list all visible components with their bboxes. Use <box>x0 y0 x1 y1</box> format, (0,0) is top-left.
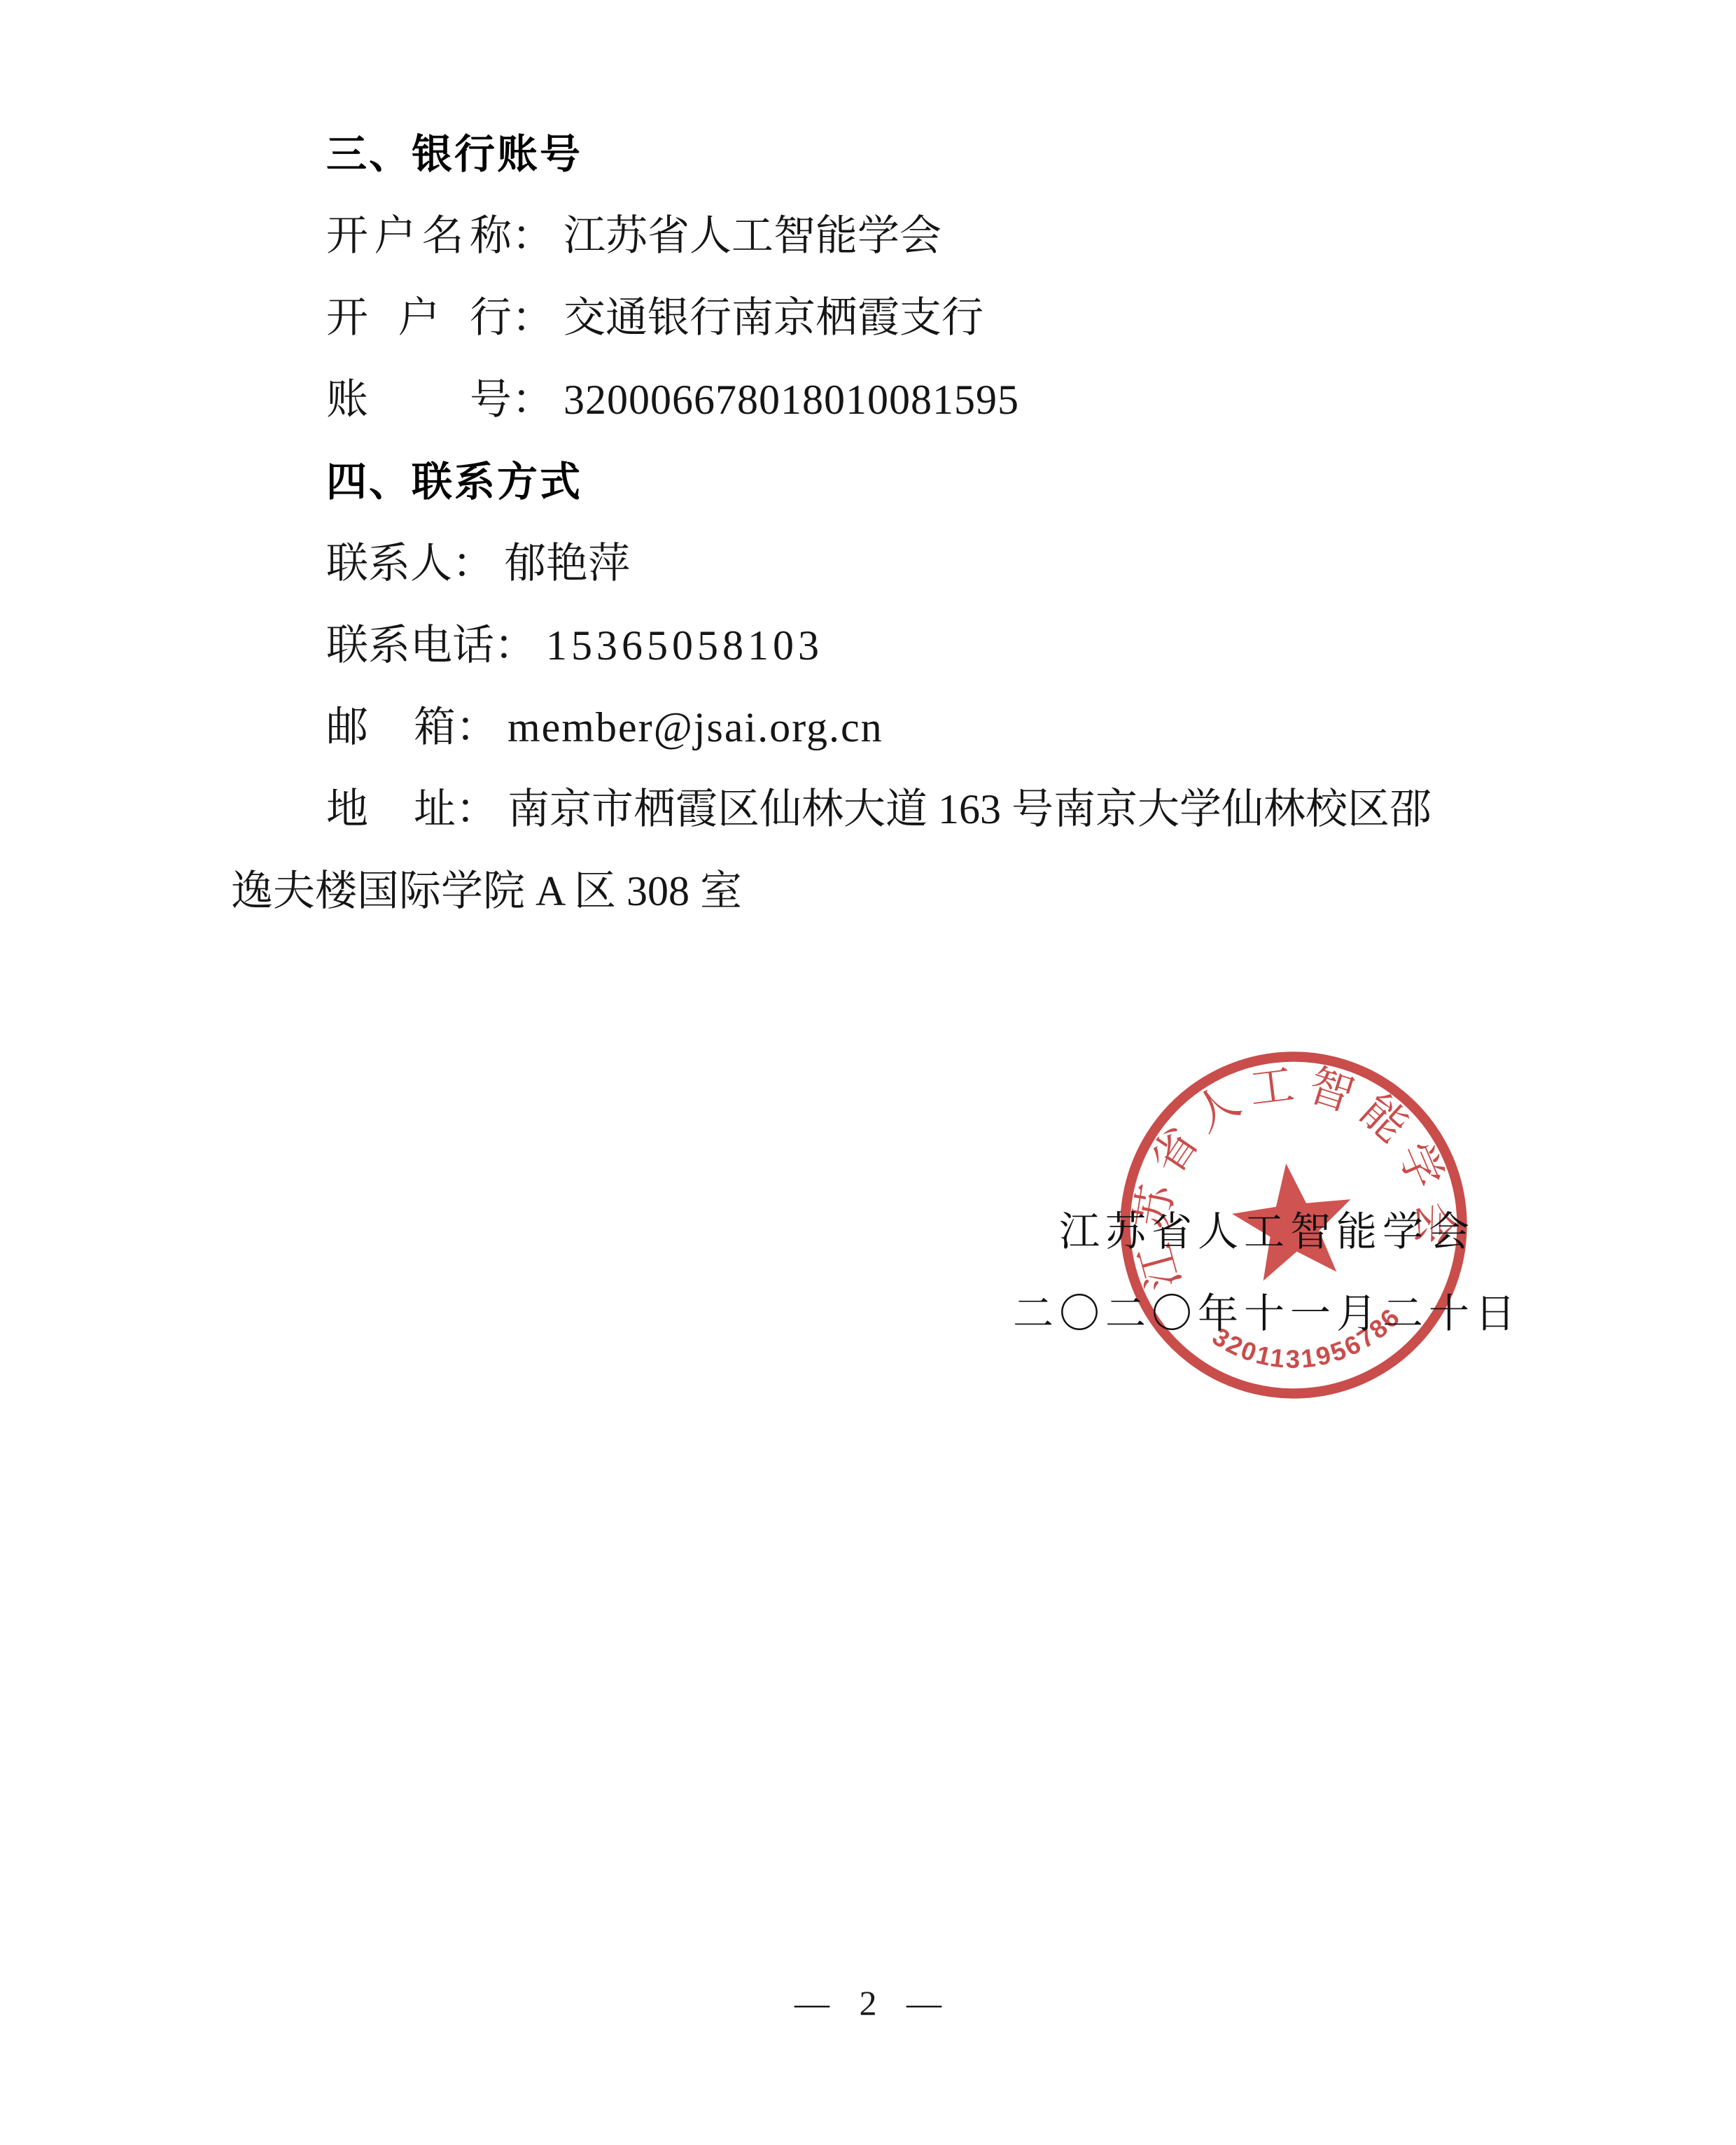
contact-row-email: 邮箱：member@jsai.org.cn <box>231 687 1512 769</box>
contact-row-address: 地址：南京市栖霞区仙林大道 163 号南京大学仙林校区邵 <box>231 769 1512 851</box>
document-body: 三、银行账号 开户名称：江苏省人工智能学会 开户行：交通银行南京栖霞支行 账号：… <box>231 113 1512 932</box>
colon: ： <box>512 277 554 359</box>
signature-organization: 江苏省人工智能学会 <box>1008 1191 1526 1273</box>
colon: ： <box>512 359 554 441</box>
contact-person-value: 郁艳萍 <box>504 540 630 587</box>
section-heading-contact: 四、联系方式 <box>231 441 1512 523</box>
bank-branch-value: 交通银行南京栖霞支行 <box>563 295 983 341</box>
page-number: — 2 — <box>0 1981 1736 2025</box>
colon: ： <box>494 605 536 687</box>
contact-row-person: 联系人：郁艳萍 <box>231 523 1512 605</box>
section-heading-bank: 三、银行账号 <box>231 113 1512 195</box>
signature-date: 二〇二〇年十一月二十日 <box>1008 1273 1526 1355</box>
colon: ： <box>456 687 498 769</box>
contact-address-value-line2: 逸夫楼国际学院 A 区 308 室 <box>231 851 1512 932</box>
contact-row-phone: 联系电话：15365058103 <box>231 605 1512 687</box>
bank-row-account-name: 开户名称：江苏省人工智能学会 <box>231 195 1512 277</box>
contact-person-label: 联系人 <box>326 523 452 605</box>
bank-row-bank-branch: 开户行：交通银行南京栖霞支行 <box>231 277 1512 359</box>
bank-row-account-number: 账号：320006678018010081595 <box>231 359 1512 441</box>
bank-account-name-value: 江苏省人工智能学会 <box>563 213 941 259</box>
colon: ： <box>456 769 498 851</box>
colon: ： <box>452 523 494 605</box>
contact-email-value: member@jsai.org.cn <box>507 704 883 750</box>
bank-account-number-value: 320006678018010081595 <box>563 377 1019 423</box>
bank-branch-label: 开户行 <box>326 277 512 359</box>
colon: ： <box>512 195 554 277</box>
bank-account-name-label: 开户名称 <box>326 195 512 277</box>
contact-phone-value: 15365058103 <box>546 622 823 669</box>
contact-address-label: 地址 <box>326 769 456 851</box>
contact-address-value-line1: 南京市栖霞区仙林大道 163 号南京大学仙林校区邵 <box>507 786 1431 832</box>
document-page: 三、银行账号 开户名称：江苏省人工智能学会 开户行：交通银行南京栖霞支行 账号：… <box>0 0 1736 2145</box>
contact-phone-label: 联系电话 <box>326 605 494 687</box>
contact-email-label: 邮箱 <box>326 687 456 769</box>
bank-account-number-label: 账号 <box>326 359 512 441</box>
signature-block: 江苏省人工智能学会 二〇二〇年十一月二十日 <box>1008 1191 1526 1355</box>
